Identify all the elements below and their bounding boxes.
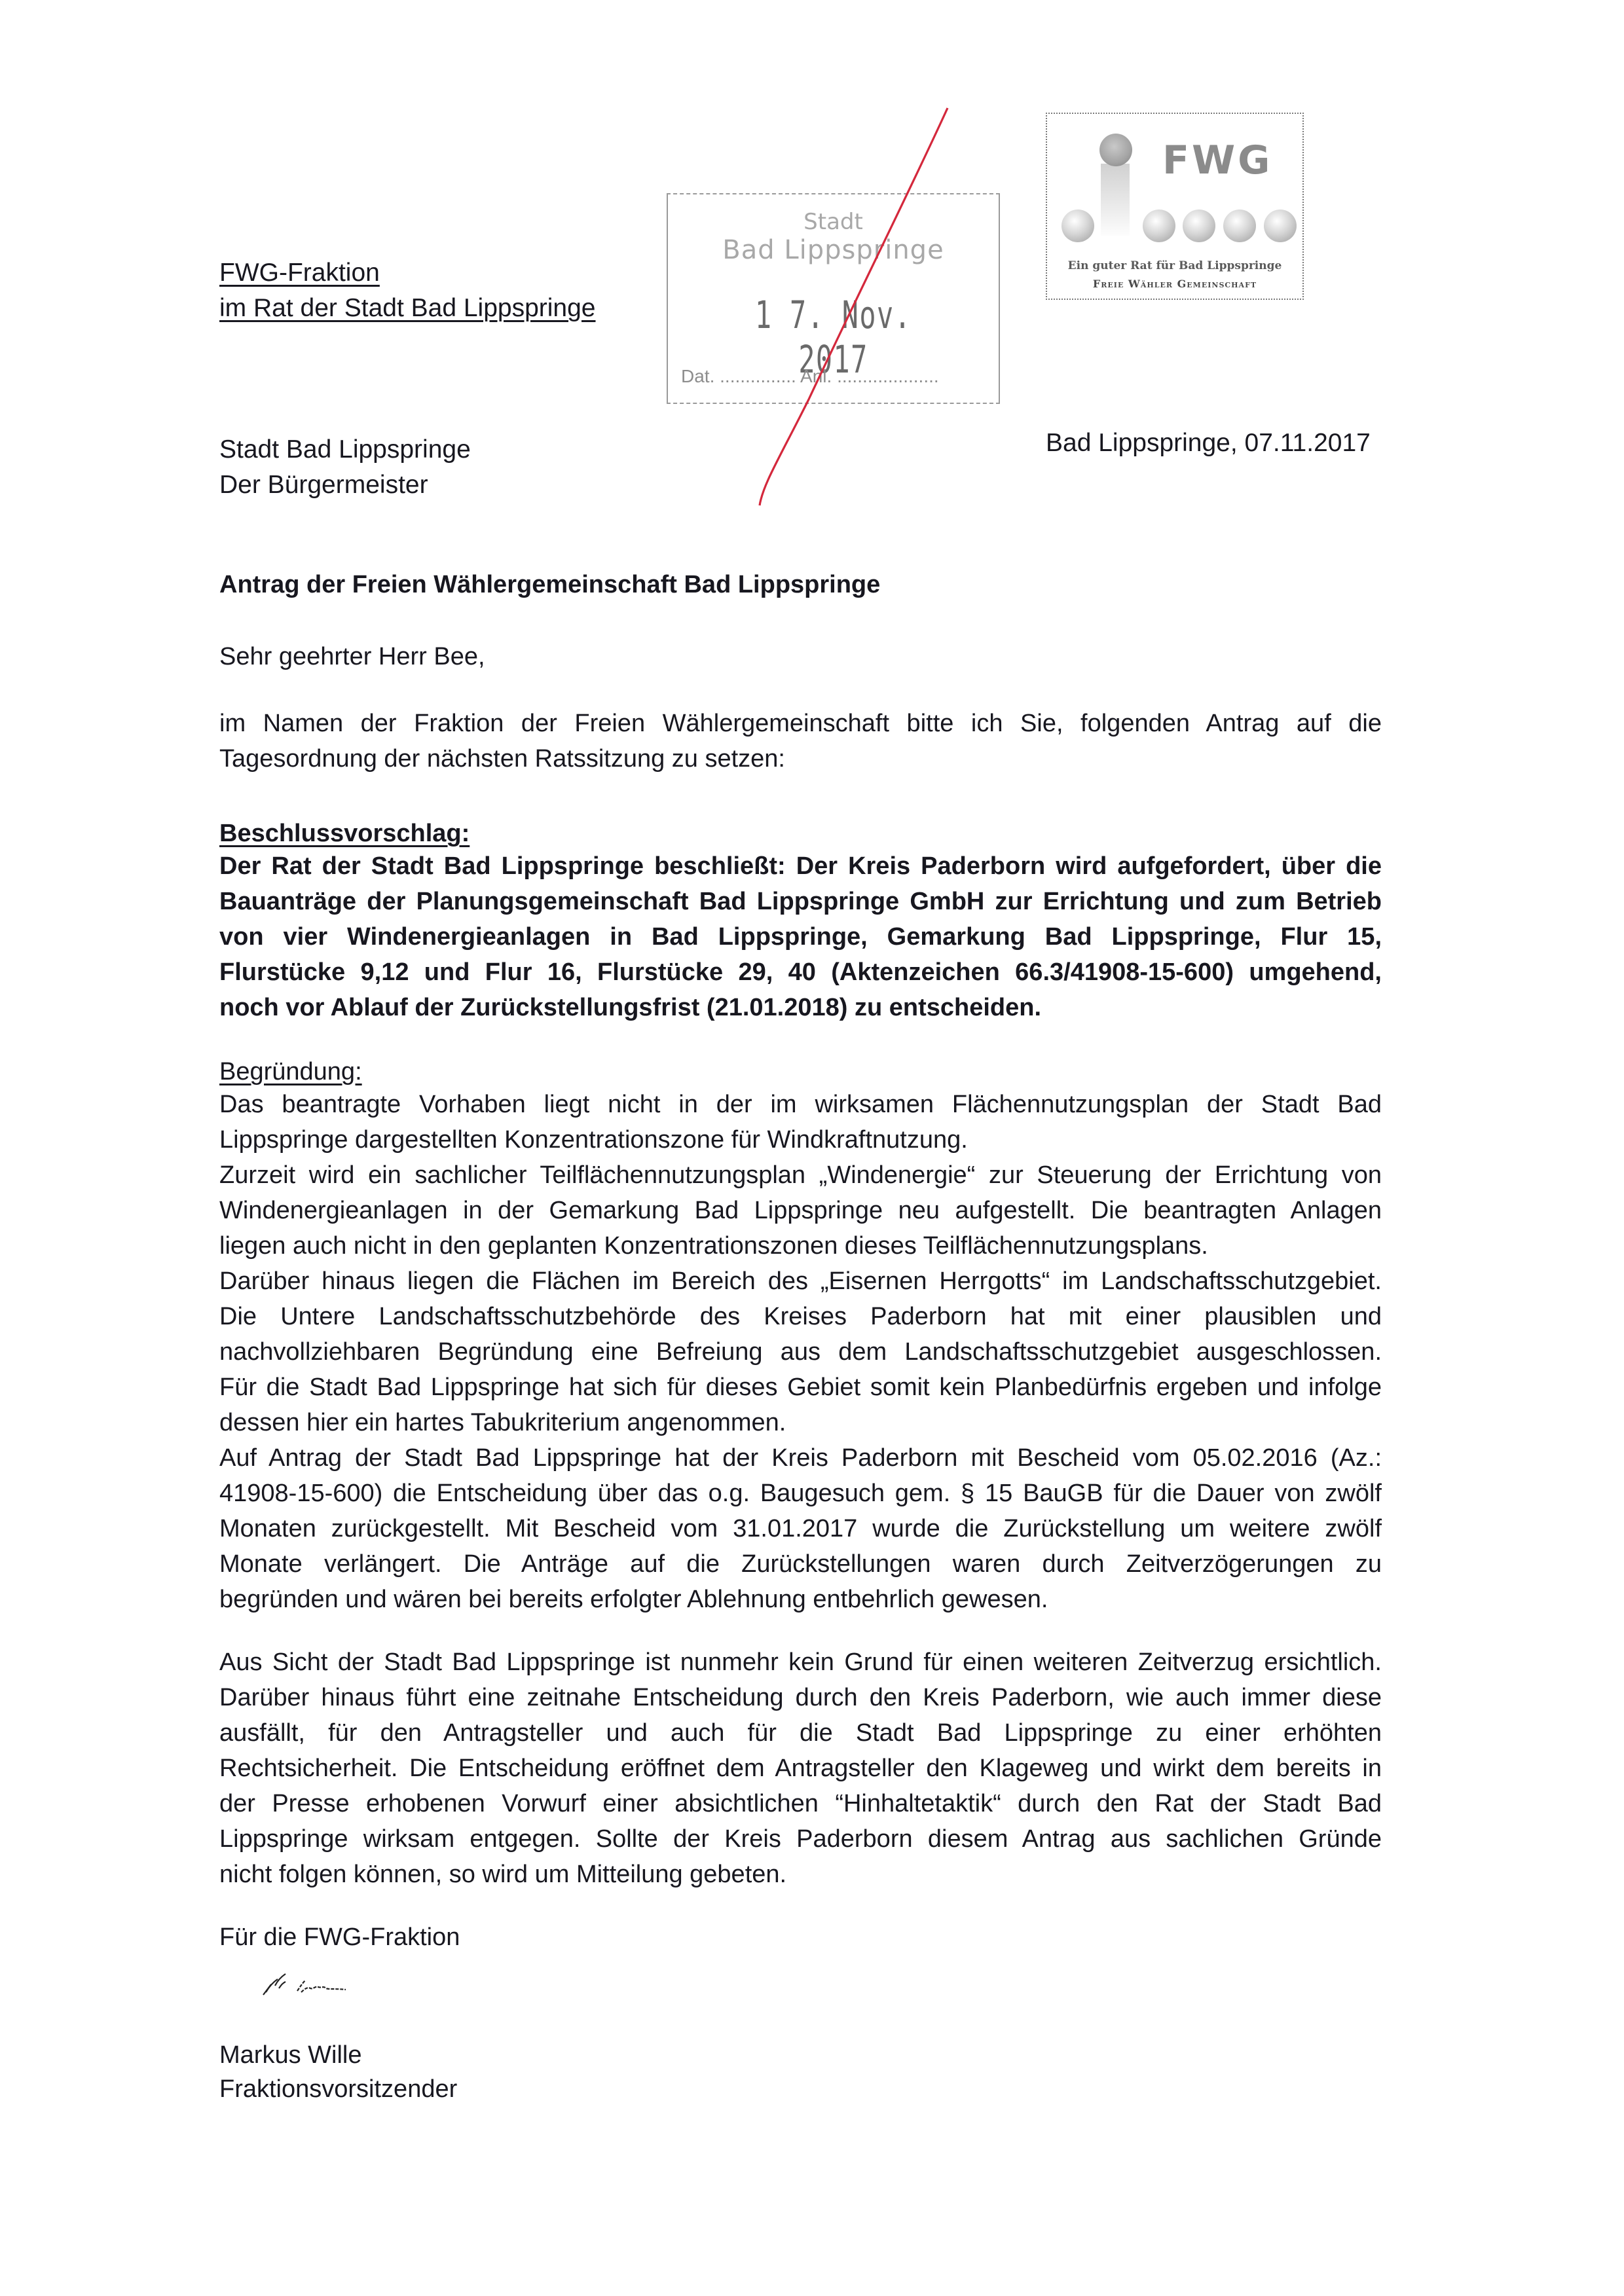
ball-trail-icon bbox=[1101, 164, 1130, 236]
ball-icon bbox=[1061, 210, 1094, 242]
reasoning-line: dessen hier ein hartes Tabukriterium ang… bbox=[219, 1405, 1382, 1440]
conclusion-line: Lippspringe wirksam entgegen. Sollte der… bbox=[219, 1821, 1382, 1857]
signer-name: Markus Wille bbox=[219, 2037, 361, 2073]
reasoning-line: Monaten zurückgestellt. Mit Bescheid vom… bbox=[219, 1511, 1382, 1546]
place-date: Bad Lippspringe, 07.11.2017 bbox=[1046, 426, 1371, 461]
conclusion-line: nicht folgen können, so wird um Mitteilu… bbox=[219, 1857, 1382, 1892]
proposal-line: Bauanträge der Planungsgemeinschaft Bad … bbox=[219, 884, 1382, 919]
logo-title: FWG bbox=[1162, 137, 1272, 183]
reasoning-line: begründen und wären bei bereits erfolgte… bbox=[219, 1582, 1382, 1617]
conclusion-line: Rechtsicherheit. Die Entscheidung eröffn… bbox=[219, 1751, 1382, 1786]
stamp-line-1: Stadt bbox=[668, 209, 999, 235]
proposal-text: Der Rat der Stadt Bad Lippspringe beschl… bbox=[219, 848, 1382, 1025]
subject: Antrag der Freien Wählergemeinschaft Bad… bbox=[219, 567, 880, 602]
signature bbox=[262, 1966, 354, 2002]
intro-line: Tagesordnung der nächsten Ratssitzung zu… bbox=[219, 741, 1382, 776]
reasoning-line: Das beantragte Vorhaben liegt nicht in d… bbox=[219, 1087, 1382, 1122]
ball-icon bbox=[1099, 134, 1132, 166]
ball-icon bbox=[1223, 210, 1256, 242]
conclusion-line: Darüber hinaus führt eine zeitnahe Entsc… bbox=[219, 1680, 1382, 1715]
reasoning-line: nachvollziehbaren Begründung eine Befrei… bbox=[219, 1334, 1382, 1370]
conclusion-line: Aus Sicht der Stadt Bad Lippspringe ist … bbox=[219, 1645, 1382, 1680]
reasoning-line: Für die Stadt Bad Lippspringe hat sich f… bbox=[219, 1370, 1382, 1405]
reasoning-line: Auf Antrag der Stadt Bad Lippspringe hat… bbox=[219, 1440, 1382, 1476]
conclusion-line: der Presse erhobenen Vorwurf einer absic… bbox=[219, 1786, 1382, 1821]
reasoning-line: Windenergieanlagen in der Gemarkung Bad … bbox=[219, 1193, 1382, 1228]
intro-line: im Namen der Fraktion der Freien Wählerg… bbox=[219, 706, 1382, 741]
signer-role: Fraktionsvorsitzender bbox=[219, 2071, 457, 2107]
receipt-stamp: Stadt Bad Lippspringe 1 7. Nov. 2017 Dat… bbox=[667, 193, 1000, 404]
sender-line-2: im Rat der Stadt Bad Lippspringe bbox=[219, 291, 596, 326]
reasoning-line: Die Untere Landschaftsschutzbehörde des … bbox=[219, 1299, 1382, 1334]
reasoning-line: Monate verlängert. Die Anträge auf die Z… bbox=[219, 1546, 1382, 1582]
stamp-footer: Dat. ............... Anl. ..............… bbox=[681, 366, 939, 387]
reasoning-heading: Begründung: bbox=[219, 1054, 362, 1089]
ball-icon bbox=[1264, 210, 1297, 242]
sender-line-1: FWG-Fraktion bbox=[219, 255, 380, 291]
intro-paragraph: im Namen der Fraktion der Freien Wählerg… bbox=[219, 706, 1382, 776]
fwg-logo: FWG Ein guter Rat für Bad Lippspringe Fr… bbox=[1046, 113, 1304, 300]
logo-name: Freie Wähler Gemeinschaft bbox=[1047, 278, 1302, 290]
recipient-line-1: Stadt Bad Lippspringe bbox=[219, 432, 471, 467]
proposal-line: noch vor Ablauf der Zurückstellungsfrist… bbox=[219, 990, 1382, 1025]
reasoning-line: 41908-15-600) die Entscheidung über das … bbox=[219, 1476, 1382, 1511]
proposal-line: Der Rat der Stadt Bad Lippspringe beschl… bbox=[219, 848, 1382, 884]
closing-line: Für die FWG-Fraktion bbox=[219, 1920, 460, 1955]
reasoning-text: Das beantragte Vorhaben liegt nicht in d… bbox=[219, 1087, 1382, 1617]
salutation: Sehr geehrter Herr Bee, bbox=[219, 639, 485, 674]
conclusion-line: ausfällt, für den Antragsteller und auch… bbox=[219, 1715, 1382, 1751]
logo-slogan: Ein guter Rat für Bad Lippspringe bbox=[1047, 259, 1302, 272]
conclusion-text: Aus Sicht der Stadt Bad Lippspringe ist … bbox=[219, 1645, 1382, 1892]
proposal-line: Flurstücke 9,12 und Flur 16, Flurstücke … bbox=[219, 955, 1382, 990]
stamp-line-2: Bad Lippspringe bbox=[668, 235, 999, 265]
reasoning-line: Lippspringe dargestellten Konzentrations… bbox=[219, 1122, 1382, 1157]
proposal-line: von vier Windenergieanlagen in Bad Lipps… bbox=[219, 919, 1382, 955]
proposal-heading: Beschlussvorschlag: bbox=[219, 816, 470, 851]
reasoning-line: Darüber hinaus liegen die Flächen im Ber… bbox=[219, 1264, 1382, 1299]
ball-icon bbox=[1143, 210, 1175, 242]
recipient-line-2: Der Bürgermeister bbox=[219, 467, 428, 503]
ball-icon bbox=[1183, 210, 1215, 242]
reasoning-line: Zurzeit wird ein sachlicher Teilflächenn… bbox=[219, 1157, 1382, 1193]
reasoning-line: liegen auch nicht in den geplanten Konze… bbox=[219, 1228, 1382, 1264]
